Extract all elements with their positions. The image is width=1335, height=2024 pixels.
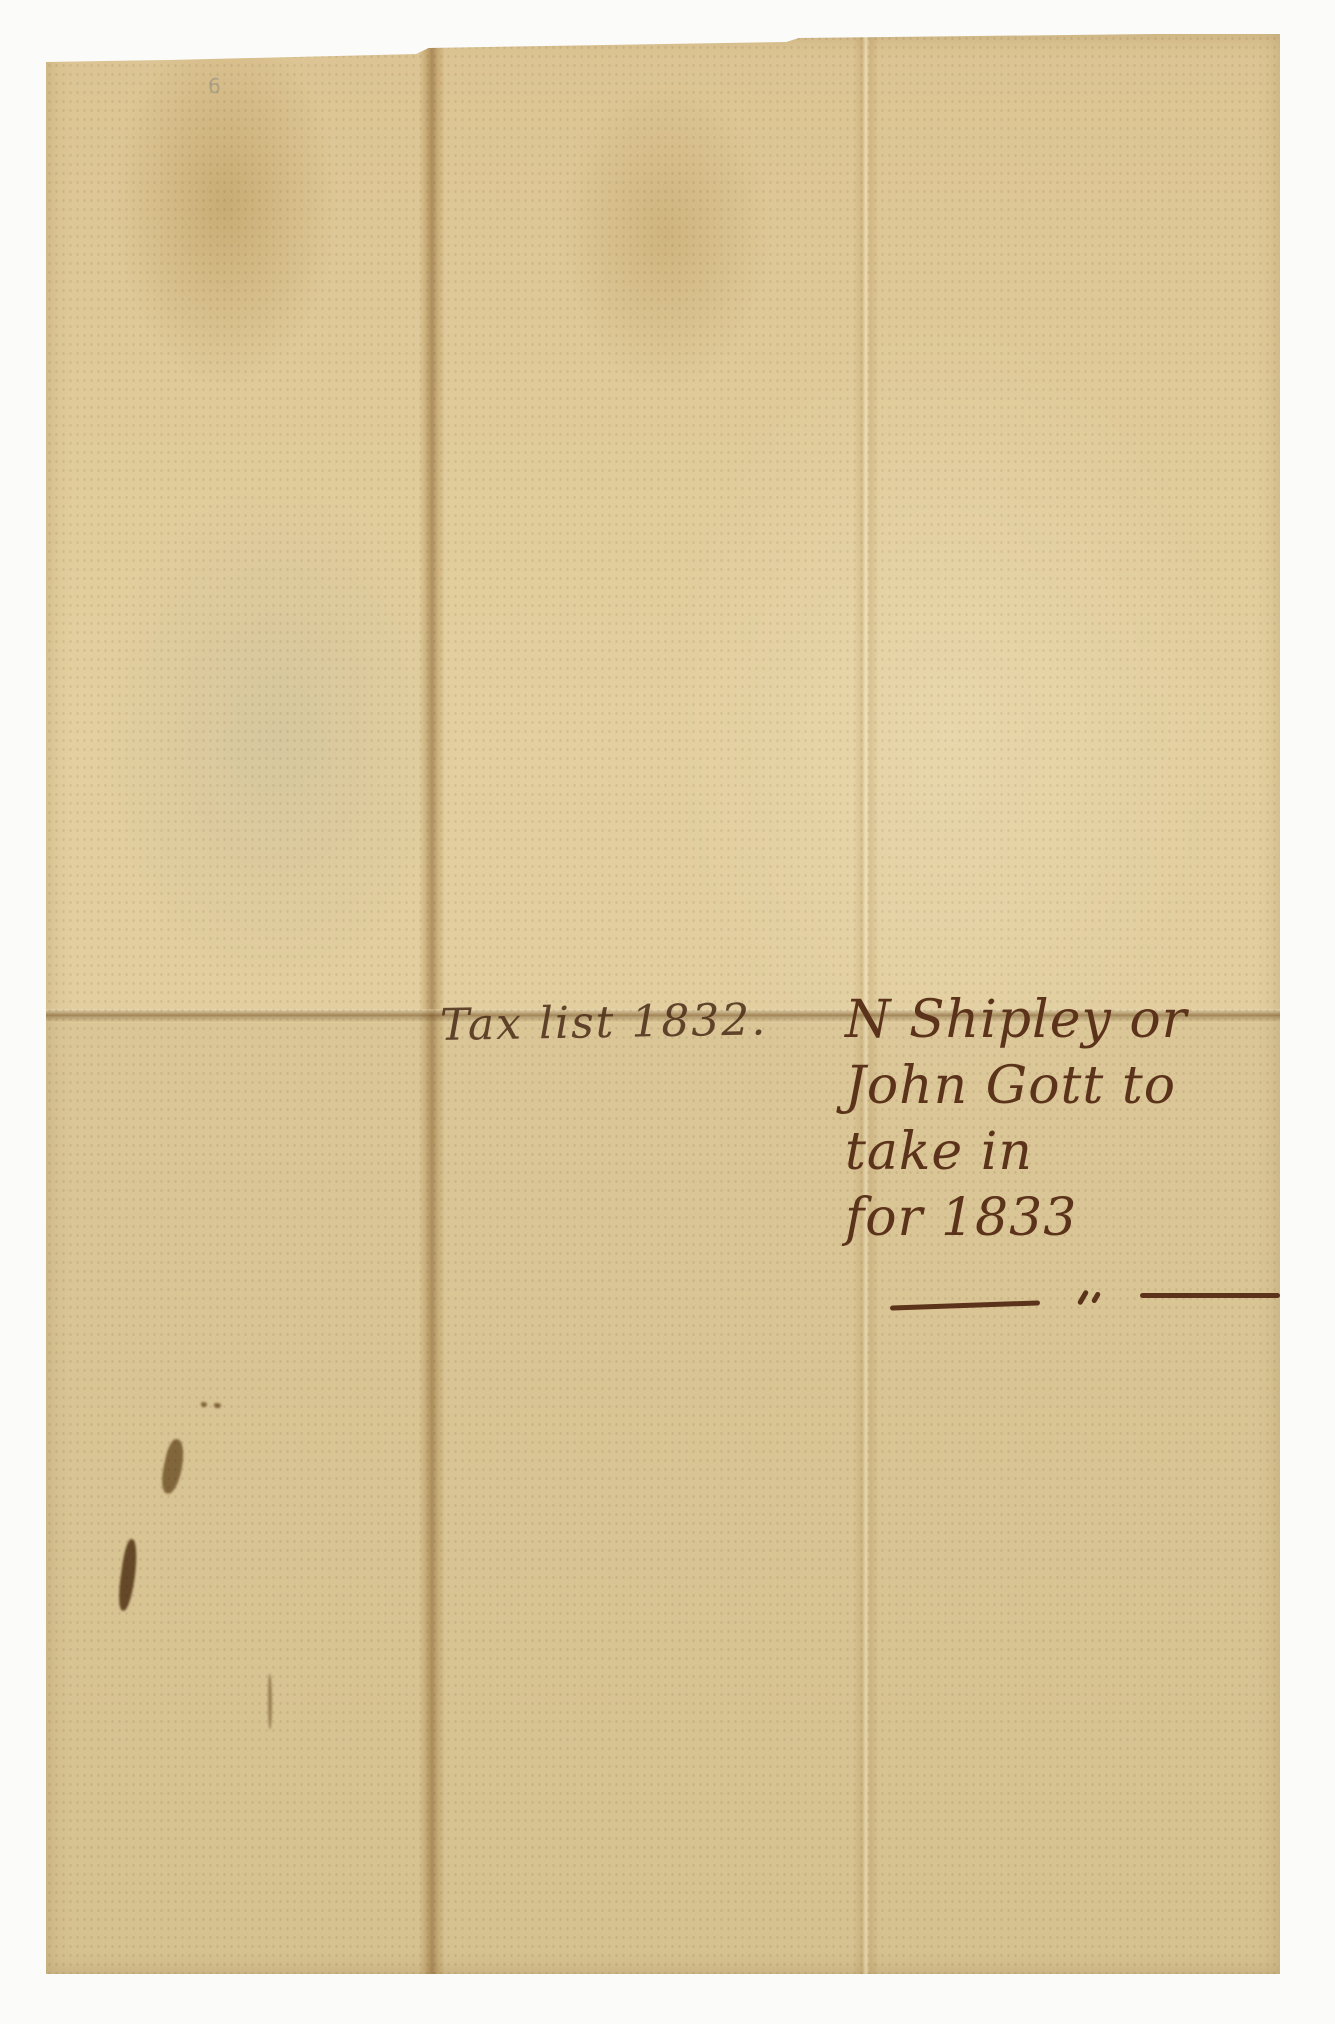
tax-list-annotation: Tax list 1832. bbox=[440, 994, 768, 1051]
note-line: take in bbox=[845, 1122, 1188, 1188]
ink-stain bbox=[116, 1538, 140, 1611]
note-line: N Shipley or bbox=[845, 990, 1188, 1056]
note-line: John Gott to bbox=[845, 1056, 1188, 1122]
shipley-gott-note: N Shipley or John Gott to take in for 18… bbox=[845, 990, 1188, 1254]
ink-underline bbox=[1140, 1293, 1280, 1298]
ink-speck bbox=[214, 1403, 221, 1408]
ink-streak bbox=[268, 1674, 272, 1729]
ink-speck bbox=[201, 1402, 207, 1407]
note-line: for 1833 bbox=[845, 1188, 1188, 1254]
pencil-corner-mark: 6 bbox=[208, 74, 221, 98]
ink-stain bbox=[158, 1438, 187, 1496]
